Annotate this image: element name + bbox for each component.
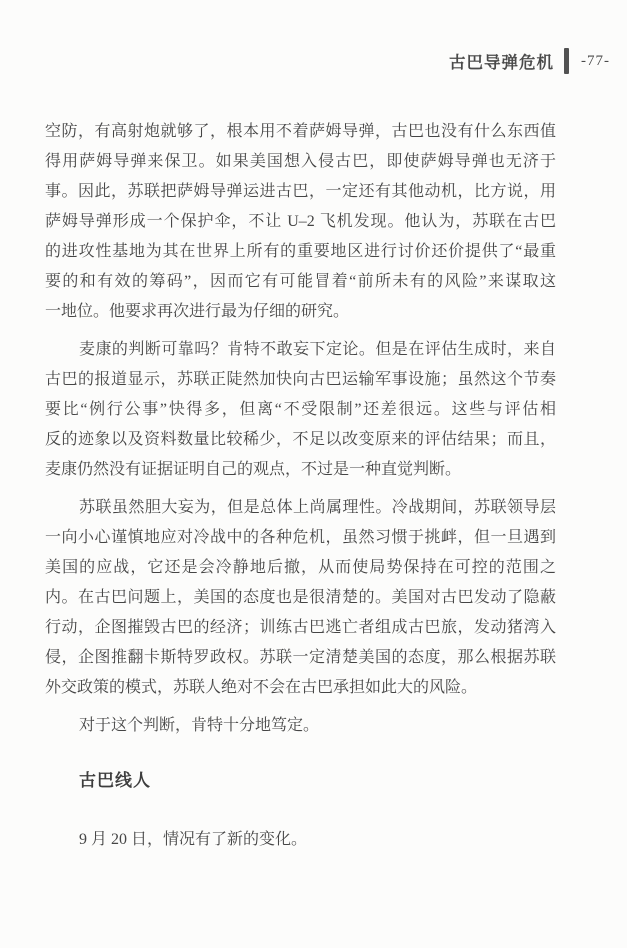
paragraphs-container: 空防，有高射炮就够了，根本用不着萨姆导弹，古巴也没有什么东西值得用萨姆导弹来保卫…: [45, 117, 556, 741]
text-line: 苏联虽然胆大妄为，但是总体上尚属理性。冷战期间，苏联领导层: [45, 493, 556, 523]
text-line: 萨姆导弹形成一个保护伞，不让 U–2 飞机发现。他认为，苏联在古巴: [45, 207, 556, 237]
paragraph: 对于这个判断，肯特十分地笃定。: [45, 711, 556, 741]
text-line: 一向小心谨慎地应对冷战中的各种危机，虽然习惯于挑衅，但一旦遇到: [45, 523, 556, 553]
running-header: 古巴导弹危机 -77-: [449, 46, 610, 76]
text-line: 一地位。他要求再次进行最为仔细的研究。: [45, 297, 556, 327]
text-line: 空防，有高射炮就够了，根本用不着萨姆导弹，古巴也没有什么东西值: [45, 117, 556, 147]
text-line: 侵，企图推翻卡斯特罗政权。苏联一定清楚美国的态度，那么根据苏联: [45, 643, 556, 673]
text-line: 麦康仍然没有证据证明自己的观点，不过是一种直觉判断。: [45, 455, 556, 485]
chapter-title: 古巴导弹危机: [449, 49, 554, 73]
text-line: 要比“例行公事”快得多，但离“不受限制”还差很远。这些与评估相: [45, 395, 556, 425]
section-heading: 古巴线人: [45, 766, 556, 796]
text-line: 外交政策的模式，苏联人绝对不会在古巴承担如此大的风险。: [45, 673, 556, 703]
book-page: 古巴导弹危机 -77- 空防，有高射炮就够了，根本用不着萨姆导弹，古巴也没有什么…: [0, 0, 627, 948]
body-text: 空防，有高射炮就够了，根本用不着萨姆导弹，古巴也没有什么东西值得用萨姆导弹来保卫…: [45, 117, 556, 855]
closing-paragraph: 9 月 20 日，情况有了新的变化。: [45, 825, 556, 855]
text-line: 对于这个判断，肯特十分地笃定。: [45, 711, 556, 741]
paragraph: 麦康的判断可靠吗？肯特不敢妄下定论。但是在评估生成时，来自古巴的报道显示，苏联正…: [45, 335, 556, 485]
text-line: 美国的应战，它还是会冷静地后撤，从而使局势保持在可控的范围之: [45, 553, 556, 583]
paragraph: 苏联虽然胆大妄为，但是总体上尚属理性。冷战期间，苏联领导层一向小心谨慎地应对冷战…: [45, 493, 556, 703]
text-line: 内。在古巴问题上，美国的态度也是很清楚的。美国对古巴发动了隐蔽: [45, 583, 556, 613]
header-divider-bar: [564, 48, 569, 74]
paragraph: 空防，有高射炮就够了，根本用不着萨姆导弹，古巴也没有什么东西值得用萨姆导弹来保卫…: [45, 117, 556, 327]
text-line: 得用萨姆导弹来保卫。如果美国想入侵古巴，即使萨姆导弹也无济于: [45, 147, 556, 177]
text-line: 古巴的报道显示，苏联正陡然加快向古巴运输军事设施；虽然这个节奏: [45, 365, 556, 395]
text-line: 的进攻性基地为其在世界上所有的重要地区进行讨价还价提供了“最重: [45, 237, 556, 267]
page-number: -77-: [581, 53, 610, 70]
text-line: 要的和有效的筹码”，因而它有可能冒着“前所未有的风险”来谋取这: [45, 267, 556, 297]
text-line: 反的迹象以及资料数量比较稀少，不足以改变原来的评估结果；而且，: [45, 425, 556, 455]
text-line: 行动，企图摧毁古巴的经济；训练古巴逃亡者组成古巴旅，发动猪湾入: [45, 613, 556, 643]
text-line: 麦康的判断可靠吗？肯特不敢妄下定论。但是在评估生成时，来自: [45, 335, 556, 365]
text-line: 事。因此，苏联把萨姆导弹运进古巴，一定还有其他动机，比方说，用: [45, 177, 556, 207]
